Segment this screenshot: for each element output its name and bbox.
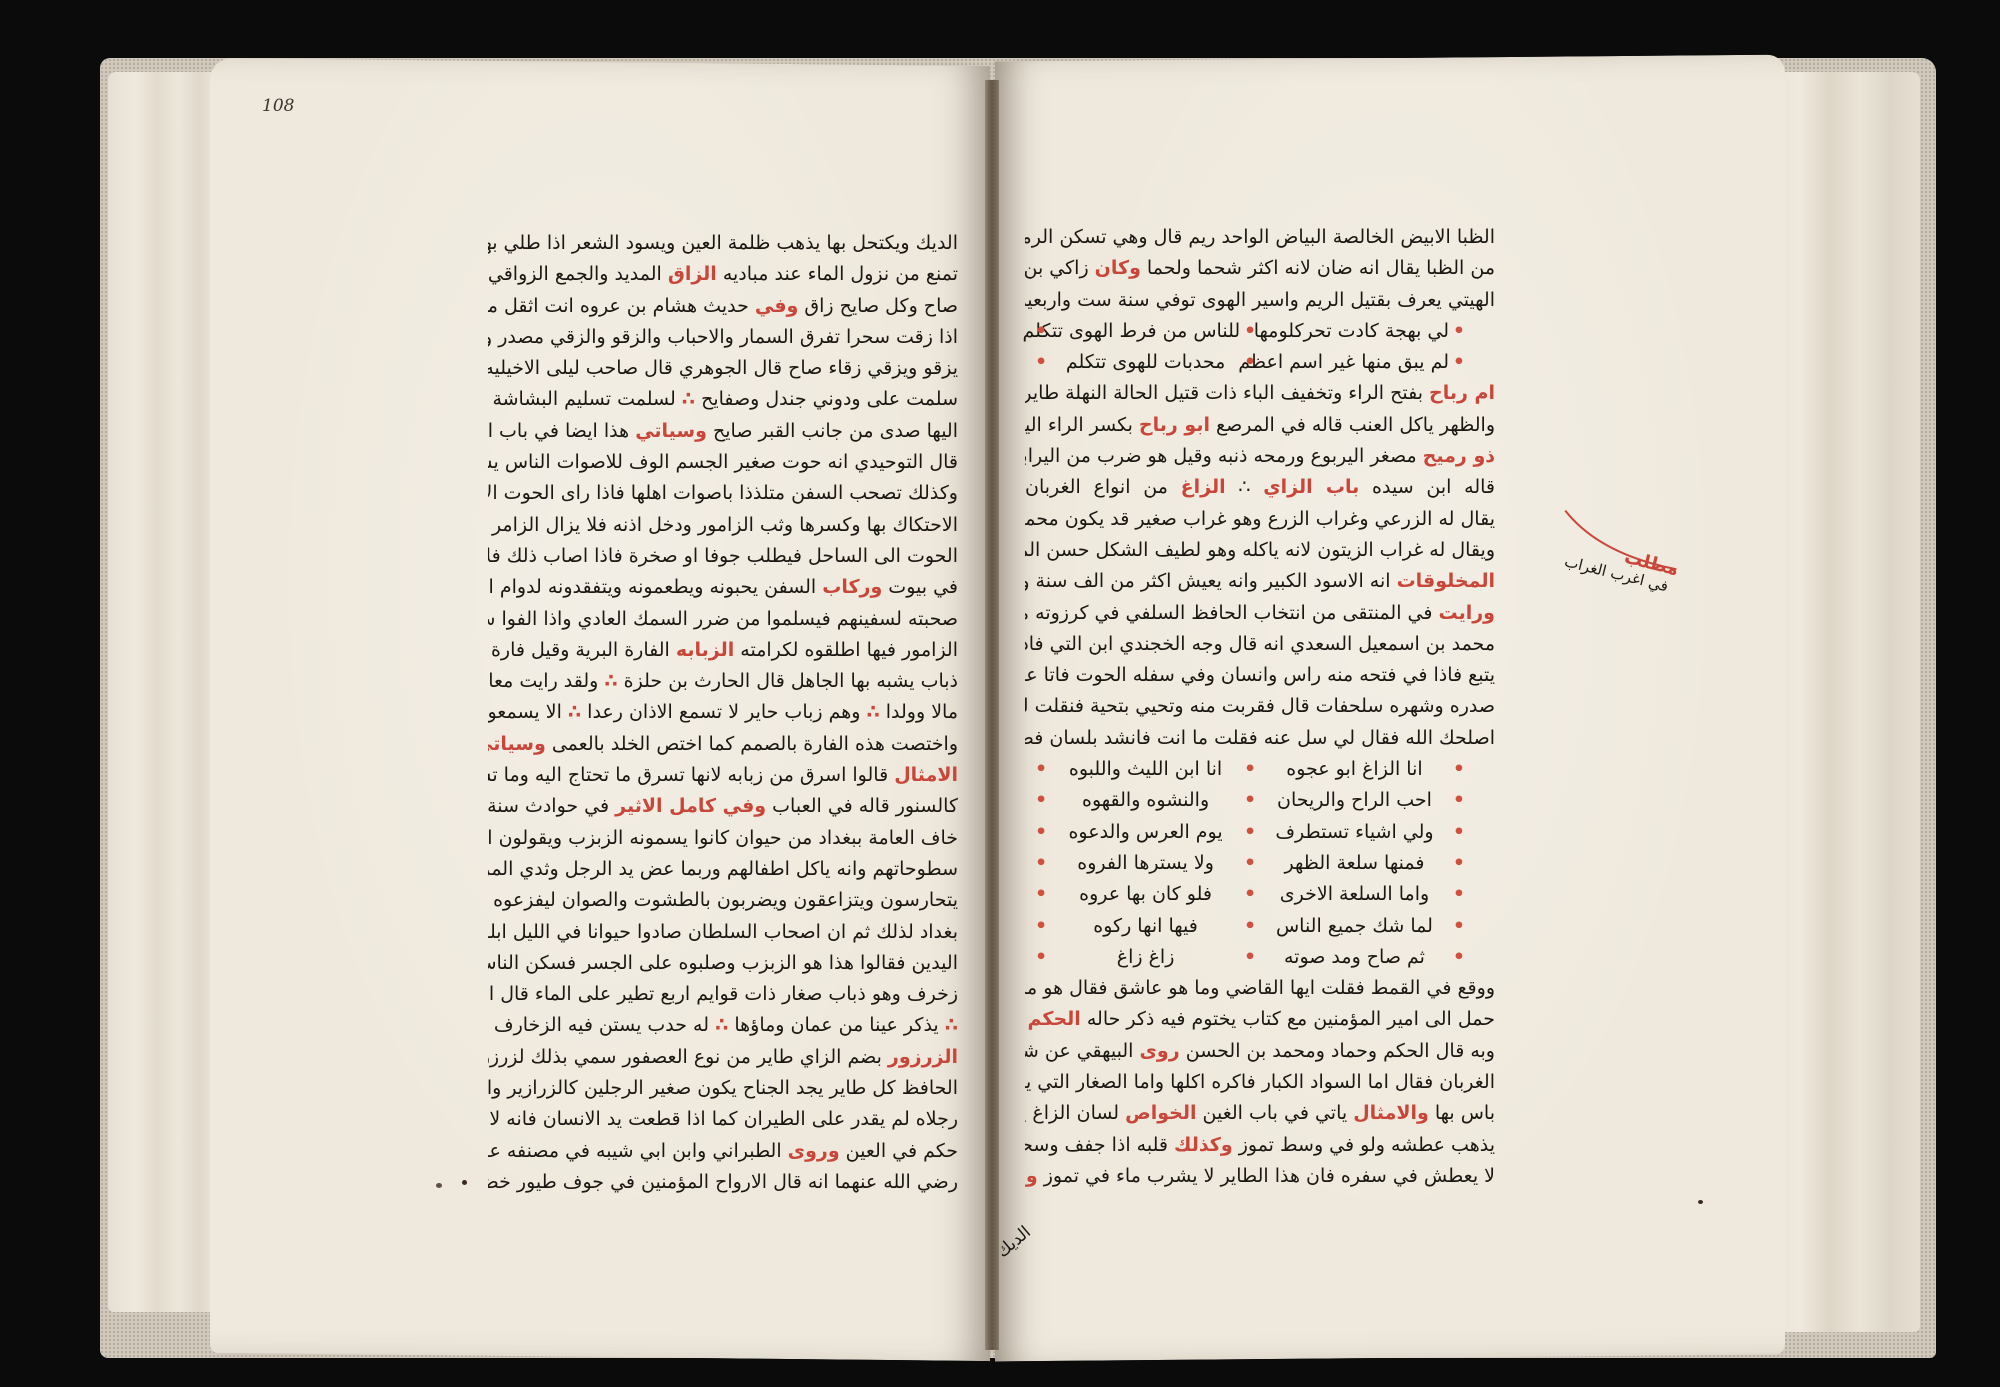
verse-dot-icon: •: [1453, 785, 1465, 816]
verse-hemistich: ولي اشياء تستطرف: [1260, 817, 1449, 848]
right-page-text: الظبا الابيض الخالصة البياض الواحد ريم ق…: [1025, 222, 1495, 1192]
verse-row: •فمنها سلعة الظهر•ولا يسترها الفروه•: [1025, 848, 1495, 879]
verse-hemistich: فلو كان بها عروه: [1051, 879, 1240, 910]
verse-hemistich: ولا يسترها الفروه: [1051, 848, 1240, 879]
rubric-text: ومرارته: [1025, 1165, 1038, 1187]
verse-dot-icon: •: [1244, 347, 1256, 378]
body-text: ∴: [1226, 476, 1264, 498]
body-text: مصغر اليربوع ورمحه ذنبه وقيل هو ضرب من ا…: [1025, 445, 1423, 467]
rubric-text: الحكم: [1028, 1008, 1081, 1030]
verse-hemistich: واما السلعة الاخرى: [1260, 879, 1449, 910]
verse-dot-icon: •: [1035, 347, 1047, 378]
body-text: واختصت هذه الفارة بالصمم كما اختص الخلد …: [546, 733, 958, 755]
verse-hemistich: لم يبق منها غير اسم اعظم: [1260, 347, 1449, 378]
verse-dot-icon: •: [1453, 911, 1465, 942]
body-text: له حدب يستن فيه الزخارف: [488, 1014, 715, 1036]
verse-dot-icon: •: [1244, 911, 1256, 942]
text-line: وبه قال الحكم وحماد ومحمد بن الحسن روى ا…: [1025, 1036, 1495, 1067]
left-page-text: الديك ويكتحل بها يذهب ظلمة العين ويسود ا…: [488, 228, 958, 1198]
rubric-text: ∴: [866, 701, 879, 723]
text-line: رجلاه لم يقدر على الطيران كما اذا قطعت ي…: [488, 1104, 958, 1135]
body-text: بفتح الراء وتخفيف الباء ذات قتيل الحالة …: [1025, 382, 1429, 404]
rubric-text: ∴: [945, 1014, 958, 1036]
body-text: ووقع في القمط فقلت ايها القاضي وما هو عا…: [1025, 977, 1495, 999]
body-text: الحافظ كل طاير يجد الجناح يكون صغير الرج…: [488, 1077, 958, 1099]
ink-spot: [1698, 1200, 1703, 1204]
text-line: حكم في العين وروى الطبراني وابن ابي شيبه…: [488, 1136, 958, 1167]
verse-hemistich: لما شك جميع الناس: [1260, 911, 1449, 942]
rubric-text: المخلوقات: [1397, 570, 1495, 592]
rubric-text: ∴: [682, 388, 695, 410]
rubric-text: ∴: [715, 1014, 728, 1036]
text-line: الاحتكاك بها وكسرها وثب الزامور ودخل اذن…: [488, 510, 958, 541]
body-text: وهم زباب حاير لا تسمع الاذان رعدا: [581, 701, 866, 723]
verse-row: •لي بهجة كادت تحركلومها•للناس من فرط اله…: [1025, 316, 1495, 347]
text-line: الامثال قالوا اسرق من زبابه لانها تسرق م…: [488, 760, 958, 791]
body-text: سطوحاتهم وانه ياكل اطفالهم وربما عض يد ا…: [488, 858, 958, 880]
text-line: يتحارسون ويتزاعقون ويضربون بالطشوت والصو…: [488, 885, 958, 916]
text-line: والظهر ياكل العنب قاله في المرصع ابو ربا…: [1025, 410, 1495, 441]
verse-dot-icon: •: [1035, 911, 1047, 942]
body-text: مالا وولدا: [880, 701, 958, 723]
text-line: يقال له الزرعي وغراب الزرع وهو غراب صغير…: [1025, 504, 1495, 535]
rubric-text: باب الزاي: [1263, 476, 1359, 498]
text-line: الهيتي يعرف بقتيل الريم واسير الهوى توفي…: [1025, 285, 1495, 316]
verse-row: •لم يبق منها غير اسم اعظم•محدبات للهوى ت…: [1025, 347, 1495, 378]
body-text: من انواع الغربان: [1025, 476, 1181, 498]
verse-hemistich: ثم صاح ومد صوته: [1260, 942, 1449, 973]
text-line: كالسنور قاله في العباب وفي كامل الاثير ف…: [488, 791, 958, 822]
verse-hemistich: محدبات للهوى تتكلم: [1051, 347, 1240, 378]
body-text: قالوا اسرق من زبابه لانها تسرق ما تحتاج …: [488, 764, 894, 786]
verse-dot-icon: •: [1035, 754, 1047, 785]
verse-dot-icon: •: [1453, 879, 1465, 910]
body-text: بضم الزاي طاير من نوع العصفور سمي بذلك ل…: [488, 1046, 888, 1068]
text-line: سلمت على ودوني جندل وصفايح ∴ لسلمت تسليم…: [488, 384, 958, 415]
body-text: الاحتكاك بها وكسرها وثب الزامور ودخل اذن…: [488, 514, 958, 536]
body-text: الظبا الابيض الخالصة البياض الواحد ريم ق…: [1025, 226, 1495, 248]
text-line: الحافظ كل طاير يجد الجناح يكون صغير الرج…: [488, 1073, 958, 1104]
text-line: صاح وكل صايح زاق وفي حديث هشام بن عروه ا…: [488, 291, 958, 322]
rubric-text: وروى: [788, 1140, 840, 1162]
text-line: واختصت هذه الفارة بالصمم كما اختص الخلد …: [488, 729, 958, 760]
text-line: صدره وشهره سلحفات قال فقربت منه وتحيي بت…: [1025, 691, 1495, 722]
text-line: ∴ يذكر عينا من عمان وماؤها ∴ له حدب يستن…: [488, 1010, 958, 1041]
body-text: صحبته لسفينهم فيسلموا من ضرر السمك العاد…: [488, 608, 958, 630]
body-text: والظهر ياكل العنب قاله في المرصع: [1210, 414, 1495, 436]
rubric-text: الزاق: [668, 263, 717, 285]
verse-dot-icon: •: [1035, 785, 1047, 816]
text-line: يذهب عطشه ولو في وسط تموز وكذلك قلبه اذا…: [1025, 1130, 1495, 1161]
rubric-text: وكان: [1095, 257, 1141, 279]
body-text: حديث هشام بن عروه انت اثقل من الزواقي ير…: [488, 295, 755, 317]
text-line: الغربان فقال اما السواد الكبار فاكره اكل…: [1025, 1067, 1495, 1098]
body-text: يقال له الزرعي وغراب الزرع وهو غراب صغير…: [1025, 508, 1495, 530]
text-line: رضي الله عنهما انه قال الارواح المؤمنين …: [488, 1167, 958, 1198]
rubric-text: الامثال: [894, 764, 958, 786]
verse-hemistich: زاغ زاغ: [1051, 942, 1240, 973]
verse-row: •واما السلعة الاخرى•فلو كان بها عروه•: [1025, 879, 1495, 910]
text-line: ذباب يشبه بها الجاهل قال الحارث بن حلزة …: [488, 666, 958, 697]
rubric-text: وفي كامل الاثير: [615, 795, 766, 817]
body-text: انه الاسود الكبير وانه يعيش اكثر من الف …: [1025, 570, 1397, 592]
verse-dot-icon: •: [1453, 754, 1465, 785]
text-line: وكذلك تصحب السفن متلذذا باصوات اهلها فاذ…: [488, 478, 958, 509]
body-text: اذا زقت سحرا تفرق السمار والاحباب والزقو…: [488, 326, 958, 348]
body-text: الفارة البرية وقيل فارة عمياء صماء: [488, 639, 676, 661]
body-text: ويقال له غراب الزيتون لانه ياكله وهو لطي…: [1025, 539, 1495, 561]
body-text: يذكر عينا من عمان وماؤها: [728, 1014, 944, 1036]
body-text: بغداد لذلك ثم ان اصحاب السلطان صادوا حيو…: [488, 921, 958, 943]
text-line: قاله ابن سيده باب الزاي ∴ الزاغ من انواع…: [1025, 472, 1495, 503]
verse-row: •انا الزاغ ابو عجوه•انا ابن الليث واللبو…: [1025, 754, 1495, 785]
body-text: لا يعطش في سفره فان هذا الطاير لا يشرب م…: [1038, 1165, 1495, 1187]
page-edges-right: [1770, 72, 1920, 1332]
rubric-text: وركاب: [822, 576, 882, 598]
verse-hemistich: والنشوه والقهوه: [1051, 785, 1240, 816]
text-line: سطوحاتهم وانه ياكل اطفالهم وربما عض يد ا…: [488, 854, 958, 885]
rubric-text: الخواص: [1125, 1102, 1196, 1124]
verse-dot-icon: •: [1244, 848, 1256, 879]
body-text: وبه قال الحكم وحماد ومحمد بن الحسن: [1180, 1040, 1495, 1062]
text-line: اليها صدى من جانب القبر صايح وسياتي هذا …: [488, 416, 958, 447]
verse-hemistich: للناس من فرط الهوى تتكلم: [1051, 316, 1240, 347]
body-text: يزقو ويزقي زقاء صاح قال الجوهري قال صاحب…: [488, 357, 958, 379]
verse-hemistich: انا ابن الليث واللبوه: [1051, 754, 1240, 785]
body-text: تمنع من نزول الماء عند مباديه: [717, 263, 958, 285]
body-text: رضي الله عنهما انه قال الارواح المؤمنين …: [488, 1171, 958, 1193]
text-line: باس بها والامثال ياتي في باب الغين الخوا…: [1025, 1098, 1495, 1129]
body-text: في حوادث سنة اربع وثلاثماية قال في الصيف: [488, 795, 615, 817]
body-text: اليدين فقالوا هذا هو الزبزب وصلبوه على ا…: [488, 952, 958, 974]
body-text: كالسنور قاله في العباب: [766, 795, 958, 817]
rubric-text: ورايت: [1438, 602, 1495, 624]
text-line: الحوت الى الساحل فيطلب جوفا او صخرة فاذا…: [488, 541, 958, 572]
body-text: يتحارسون ويتزاعقون ويضربون بالطشوت والصو…: [488, 889, 958, 911]
text-line: من الظبا يقال انه ضان لانه اكثر شحما ولح…: [1025, 253, 1495, 284]
rubric-text: الزبابه: [676, 639, 734, 661]
text-line: لا يعطش في سفره فان هذا الطاير لا يشرب م…: [1025, 1161, 1495, 1192]
text-line: ورايت في المنتقى من انتخاب الحافظ السلفي…: [1025, 598, 1495, 629]
body-text: من الظبا يقال انه ضان لانه اكثر شحما ولح…: [1141, 257, 1495, 279]
verse-dot-icon: •: [1453, 848, 1465, 879]
text-line: محمد بن اسمعيل السعدي انه قال وجه الخجند…: [1025, 629, 1495, 660]
text-line: حمل الى امير المؤمنين مع كتاب يختوم فيه …: [1025, 1004, 1495, 1035]
body-text: اصلحك الله فقال لي سل عنه فقلت ما انت فا…: [1025, 727, 1495, 749]
verse-row: •ثم صاح ومد صوته•زاغ زاغ•: [1025, 942, 1495, 973]
body-text: زخرف وهو ذباب صغار ذات قوايم اربع تطير ع…: [488, 983, 958, 1005]
body-text: لسلمت تسليم البشاشة او زقا: [488, 388, 682, 410]
text-line: ذو رميح مصغر اليربوع ورمحه ذنبه وقيل هو …: [1025, 441, 1495, 472]
verse-dot-icon: •: [1035, 879, 1047, 910]
text-line: الظبا الابيض الخالصة البياض الواحد ريم ق…: [1025, 222, 1495, 253]
text-line: اليدين فقالوا هذا هو الزبزب وصلبوه على ا…: [488, 948, 958, 979]
body-text: المديد والجمع الزواقي يقال زقا يزقوا اذا: [488, 263, 668, 285]
text-line: بغداد لذلك ثم ان اصحاب السلطان صادوا حيو…: [488, 917, 958, 948]
ink-spot: [436, 1183, 442, 1188]
body-text: لسان الزاغ يجفف وياكله العطشان: [1025, 1102, 1125, 1124]
body-text: وكذلك تصحب السفن متلذذا باصوات اهلها فاذ…: [488, 482, 958, 504]
text-line: يتبع فاذا في فتحه منه راس وانسان وفي سفل…: [1025, 660, 1495, 691]
rubric-text: ∴: [604, 670, 617, 692]
verse-hemistich: لي بهجة كادت تحركلومها: [1260, 316, 1449, 347]
verse-hemistich: فيها انها ركوه: [1051, 911, 1240, 942]
verse-hemistich: احب الراح والريحان: [1260, 785, 1449, 816]
text-line: خاف العامة ببغداد من حيوان كانوا يسمونه …: [488, 823, 958, 854]
body-text: قاله ابن سيده: [1359, 476, 1495, 498]
body-text: قال التوحيدي انه حوت صغير الجسم الوف للا…: [488, 451, 958, 473]
verse-dot-icon: •: [1244, 754, 1256, 785]
text-line: صحبته لسفينهم فيسلموا من ضرر السمك العاد…: [488, 604, 958, 635]
text-line: قال التوحيدي انه حوت صغير الجسم الوف للا…: [488, 447, 958, 478]
body-text: ذباب يشبه بها الجاهل قال الحارث بن حلزة: [618, 670, 958, 692]
body-text: الهيتي يعرف بقتيل الريم واسير الهوى توفي…: [1025, 289, 1495, 311]
text-line: ام رباح بفتح الراء وتخفيف الباء ذات قتيل…: [1025, 378, 1495, 409]
body-text: البيهقي عن شعبه قال سالت الحكم عن: [1025, 1040, 1140, 1062]
body-text: يذهب عطشه ولو في وسط تموز: [1233, 1134, 1495, 1156]
rubric-text: وسياتي: [488, 733, 546, 755]
verse-dot-icon: •: [1035, 848, 1047, 879]
body-text: خاف العامة ببغداد من حيوان كانوا يسمونه …: [488, 827, 958, 849]
body-text: حمل الى امير المؤمنين مع كتاب يختوم فيه …: [1081, 1008, 1495, 1030]
body-text: اليها صدى من جانب القبر صايح: [707, 420, 958, 442]
body-text: زاكي بن كامل القطيعي ابو الفضل: [1025, 257, 1095, 279]
verse-dot-icon: •: [1244, 942, 1256, 973]
rubric-text: وسياتي: [635, 420, 707, 442]
verse-dot-icon: •: [1244, 785, 1256, 816]
rubric-text: ام رباح: [1429, 382, 1495, 404]
body-text: بكسر الراء اليربوع: [1025, 414, 1139, 436]
body-text: الطبراني وابن ابي شيبه في مصنفه عن عبد ا…: [488, 1140, 788, 1162]
text-line: ويقال له غراب الزيتون لانه ياكله وهو لطي…: [1025, 535, 1495, 566]
text-line: اذا زقت سحرا تفرق السمار والاحباب والزقو…: [488, 322, 958, 353]
verse-dot-icon: •: [1035, 316, 1047, 347]
verse-dot-icon: •: [1453, 347, 1465, 378]
verse-dot-icon: •: [1035, 942, 1047, 973]
verse-dot-icon: •: [1244, 817, 1256, 848]
body-text: الزامور فيها اطلقوه لكرامته: [734, 639, 958, 661]
verse-row: •احب الراح والريحان•والنشوه والقهوه•: [1025, 785, 1495, 816]
folio-number: 108: [262, 96, 294, 116]
verse-hemistich: يوم العرس والدعوه: [1051, 817, 1240, 848]
body-text: هذا ايضا في باب الصاد: [488, 420, 635, 442]
text-line: الزرزور بضم الزاي طاير من نوع العصفور سم…: [488, 1042, 958, 1073]
body-text: الديك ويكتحل بها يذهب ظلمة العين ويسود ا…: [488, 232, 958, 254]
text-line: المخلوقات انه الاسود الكبير وانه يعيش اك…: [1025, 566, 1495, 597]
text-line: الديك ويكتحل بها يذهب ظلمة العين ويسود ا…: [488, 228, 958, 259]
rubric-text: ذو رميح: [1423, 445, 1495, 467]
verse-dot-icon: •: [1035, 817, 1047, 848]
body-text: سلمت على ودوني جندل وصفايح: [695, 388, 958, 410]
body-text: يتبع فاذا في فتحه منه راس وانسان وفي سفل…: [1025, 664, 1495, 686]
verse-dot-icon: •: [1244, 316, 1256, 347]
body-text: حكم في العين: [840, 1140, 958, 1162]
text-line: في بيوت وركاب السفن يحبونه ويطعمونه ويتف…: [488, 572, 958, 603]
rubric-text: ∴: [568, 701, 581, 723]
rubric-text: الزاغ: [1181, 476, 1226, 498]
body-text: صاح وكل صايح زاق: [798, 295, 958, 317]
body-text: الا يسمعون ذاي يوتي: [488, 701, 568, 723]
text-line: ووقع في القمط فقلت ايها القاضي وما هو عا…: [1025, 973, 1495, 1004]
verse-dot-icon: •: [1453, 817, 1465, 848]
body-text: قلبه اذا جفف وسحق وشربه الانسان: [1025, 1134, 1174, 1156]
body-text: باس بها: [1429, 1102, 1495, 1124]
body-text: ياتي في باب الغين: [1196, 1102, 1353, 1124]
rubric-text: الزرزور: [888, 1046, 958, 1068]
rubric-text: والامثال: [1353, 1102, 1429, 1124]
verse-dot-icon: •: [1453, 316, 1465, 347]
body-text: الغربان فقال اما السواد الكبار فاكره اكل…: [1025, 1071, 1495, 1093]
rubric-text: روى: [1140, 1040, 1180, 1062]
body-text: في المنتقى من انتخاب الحافظ السلفي في كر…: [1025, 602, 1438, 624]
verse-dot-icon: •: [1244, 879, 1256, 910]
body-text: الحوت الى الساحل فيطلب جوفا او صخرة فاذا…: [488, 545, 958, 567]
body-text: السفن يحبونه ويطعمونه ويتفقدونه لدوام ال…: [488, 576, 822, 598]
body-text: في بيوت: [882, 576, 958, 598]
text-line: مالا وولدا ∴ وهم زباب حاير لا تسمع الاذا…: [488, 697, 958, 728]
ink-spot: [462, 1180, 467, 1185]
text-line: تمنع من نزول الماء عند مباديه الزاق المد…: [488, 259, 958, 290]
body-text: صدره وشهره سلحفات قال فقربت منه وتحيي بت…: [1025, 695, 1495, 717]
rubric-text: وكذلك: [1174, 1134, 1233, 1156]
rubric-text: وفي: [755, 295, 798, 317]
rubric-text: ابو رباح: [1139, 414, 1210, 436]
body-text: ولقد رايت معاشرا جمعوا لهم: [488, 670, 604, 692]
text-line: الزامور فيها اطلقوه لكرامته الزبابه الفا…: [488, 635, 958, 666]
body-text: محمد بن اسمعيل السعدي انه قال وجه الخجند…: [1025, 633, 1495, 655]
body-text: رجلاه لم يقدر على الطيران كما اذا قطعت ي…: [488, 1108, 958, 1130]
verse-dot-icon: •: [1453, 942, 1465, 973]
book-gutter: [985, 80, 999, 1350]
verse-hemistich: فمنها سلعة الظهر: [1260, 848, 1449, 879]
text-line: اصلحك الله فقال لي سل عنه فقلت ما انت فا…: [1025, 723, 1495, 754]
verse-row: •لما شك جميع الناس•فيها انها ركوه•: [1025, 911, 1495, 942]
verse-hemistich: انا الزاغ ابو عجوه: [1260, 754, 1449, 785]
verse-row: •ولي اشياء تستطرف•يوم العرس والدعوه•: [1025, 817, 1495, 848]
text-line: زخرف وهو ذباب صغار ذات قوايم اربع تطير ع…: [488, 979, 958, 1010]
text-line: يزقو ويزقي زقاء صاح قال الجوهري قال صاحب…: [488, 353, 958, 384]
